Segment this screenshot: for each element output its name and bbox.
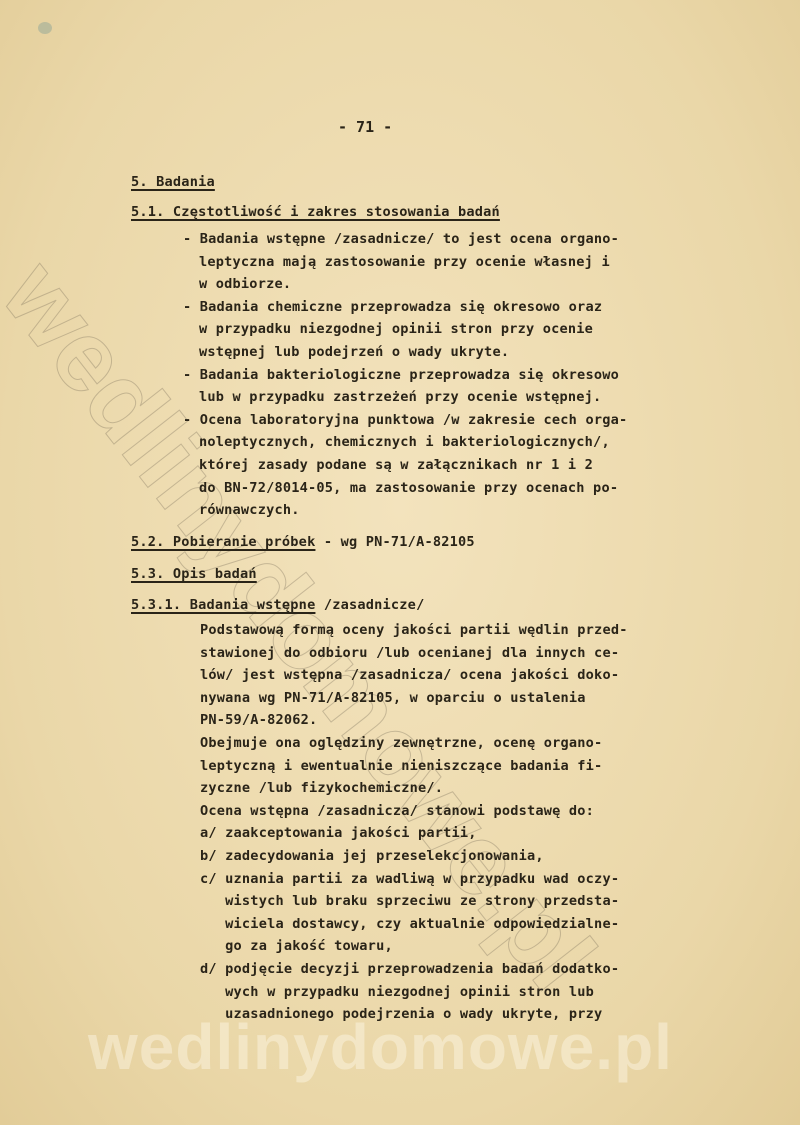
bullet-text-line: lub w przypadku zastrzeżeń przy ocenie w… [199,391,601,405]
paragraph-line: leptyczną i ewentualnie nieniszczące bad… [200,760,602,774]
bullet-text-line: równawczych. [199,504,300,518]
bullet-text-line: - Ocena laboratoryjna punktowa /w zakres… [183,414,627,428]
section-5-2-ref: - wg PN-71/A-82105 [315,534,474,550]
paragraph-line: nywana wg PN-71/A-82105, w oparciu o ust… [200,692,586,706]
bullet-text-line: do BN-72/8014-05, ma zastosowanie przy o… [199,482,618,496]
stain [38,22,52,34]
bullet-text-line: - Badania bakteriologiczne przeprowadza … [183,369,619,383]
section-5-2-title: 5.2. Pobieranie próbek [131,534,315,550]
list-item-line: d/ podjęcie decyzji przeprowadzenia bada… [200,963,619,977]
list-item-line: wych w przypadku niezgodnej opinii stron… [200,986,594,1000]
list-item-line: a/ zaakceptowania jakości partii, [200,827,477,841]
bullet-text-line: leptyczna mają zastosowanie przy ocenie … [199,256,610,270]
bullet-text-line: której zasady podane są w załącznikach n… [199,459,593,473]
list-item-line: b/ zadecydowania jej przeselekcjonowania… [200,850,544,864]
bullet-text-line: noleptycznych, chemicznych i bakteriolog… [199,436,610,450]
paragraph-line: stawionej do odbioru /lub ocenianej dla … [200,647,619,661]
bullet-text-line: - Badania chemiczne przeprowadza się okr… [183,301,602,315]
bullet-text-line: wstępnej lub podejrzeń o wady ukryte. [199,346,509,360]
bullet-text-line: w przypadku niezgodnej opinii stron przy… [199,323,593,337]
section-5-3-1-heading: 5.3.1. Badania wstępne /zasadnicze/ [131,599,424,613]
section-5-3-heading: 5.3. Opis badań [131,568,257,582]
paragraph-line: Obejmuje ona oględziny zewnętrzne, ocenę… [200,737,602,751]
list-item-line: wistych lub braku sprzeciwu ze strony pr… [200,895,619,909]
section-5-1-heading: 5.1. Częstotliwość i zakres stosowania b… [131,206,500,220]
paragraph-line: zyczne /lub fizykochemiczne/. [200,782,443,796]
paragraph-line: Podstawową formą oceny jakości partii wę… [200,624,628,638]
section-5-3-1-title: 5.3.1. Badania wstępne [131,597,315,613]
list-item-line: uzasadnionego podejrzenia o wady ukryte,… [200,1008,602,1022]
list-item-line: wiciela dostawcy, czy aktualnie odpowied… [200,918,619,932]
paragraph-line: PN-59/A-82062. [200,714,317,728]
list-item-line: go za jakość towaru, [200,940,393,954]
paragraph-line: Ocena wstępna /zasadnicza/ stanowi podst… [200,805,594,819]
bullet-text-line: - Badania wstępne /zasadnicze/ to jest o… [183,233,619,247]
bullet-text-line: w odbiorze. [199,278,291,292]
list-item-line: c/ uznania partii za wadliwą w przypadku… [200,873,619,887]
section-5-2-heading: 5.2. Pobieranie próbek - wg PN-71/A-8210… [131,536,475,550]
page-number: - 71 - [338,118,392,136]
paragraph-line: lów/ jest wstępna /zasadnicza/ ocena jak… [200,669,619,683]
section-5-heading: 5. Badania [131,176,215,190]
document-page: wedlinydomowe.pl - 71 - 5. Badania 5.1. … [0,0,800,1125]
section-5-3-1-sub: /zasadnicze/ [315,597,424,613]
